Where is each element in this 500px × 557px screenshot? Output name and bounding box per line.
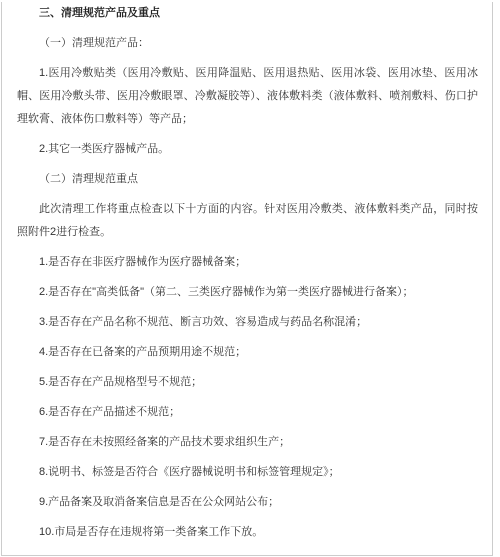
document-page: 三、清理规范产品及重点 （一）清理规范产品： 1.医用冷敷贴类（医用冷敷贴、医用… [1, 2, 493, 556]
paragraph-product-category-1: 1.医用冷敷贴类（医用冷敷贴、医用降温贴、医用退热贴、医用冰袋、医用冰垫、医用冰… [17, 62, 478, 131]
inspection-item-7: 7.是否存在未按照经备案的产品技术要求组织生产； [17, 431, 478, 454]
inspection-item-9: 9.产品备案及取消备案信息是否在公众网站公布； [17, 491, 478, 514]
section-heading: 三、清理规范产品及重点 [17, 2, 478, 25]
inspection-item-4: 4.是否存在已备案的产品预期用途不规范； [17, 341, 478, 364]
subsection-1-heading: （一）清理规范产品： [17, 32, 478, 55]
inspection-item-5: 5.是否存在产品规格型号不规范； [17, 371, 478, 394]
subsection-2-heading: （二）清理规范重点 [17, 168, 478, 191]
inspection-item-6: 6.是否存在产品描述不规范； [17, 401, 478, 424]
inspection-item-8: 8.说明书、标签是否符合《医疗器械说明书和标签管理规定》； [17, 461, 478, 484]
paragraph-product-category-2: 2.其它一类医疗器械产品。 [17, 138, 478, 161]
inspection-item-3: 3.是否存在产品名称不规范、断言功效、容易造成与药品名称混淆； [17, 311, 478, 334]
inspection-item-2: 2.是否存在"高类低备"（第二、三类医疗器械作为第一类医疗器械进行备案）； [17, 281, 478, 304]
inspection-item-10: 10.市局是否存在违规将第一类备案工作下放。 [17, 521, 478, 544]
paragraph-inspection-intro: 此次清理工作将重点检查以下十方面的内容。针对医用冷敷类、液体敷料类产品，同时按照… [17, 198, 478, 244]
inspection-item-1: 1.是否存在非医疗器械作为医疗器械备案； [17, 251, 478, 274]
